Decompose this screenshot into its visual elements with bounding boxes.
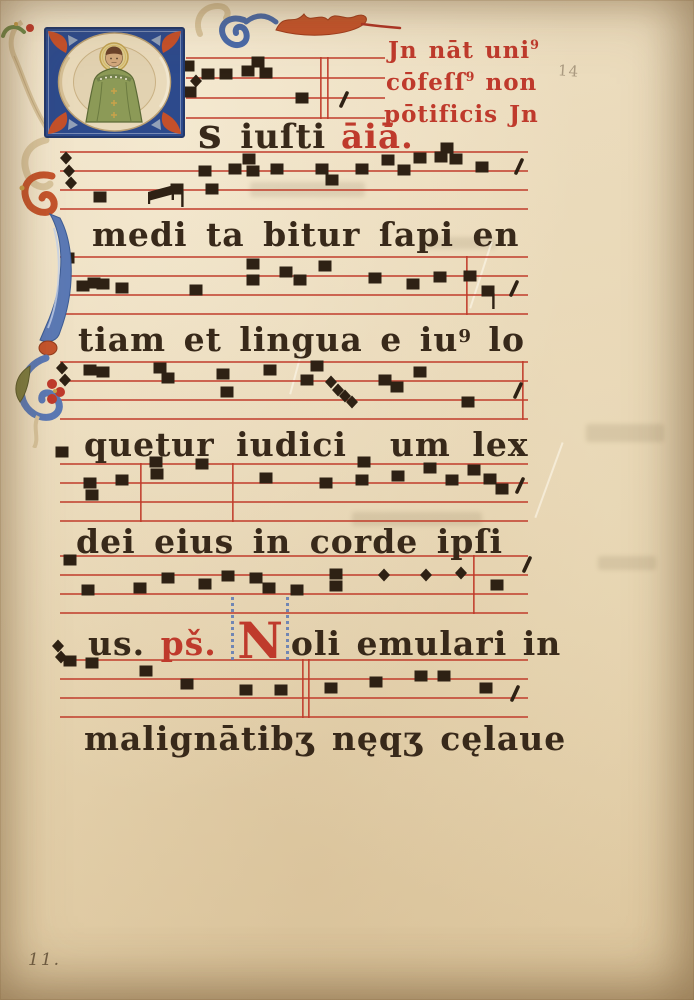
text-segment: Jn nāt uni <box>388 37 530 64</box>
text-segment: 9 <box>458 326 471 347</box>
text-segment: tiam et lingua e iu <box>78 320 458 359</box>
text-segment: malignātibʒ nęqʒ cęlaue <box>84 719 566 758</box>
text-segment: quetur iudici um lex <box>84 425 529 464</box>
text-segment: pš. <box>161 624 233 663</box>
rubric-line: cōfeſſ9 non <box>386 70 537 95</box>
text-segment: dei eius in corde ipſi <box>76 522 503 561</box>
pen-flourished-initial-N: N <box>237 623 284 658</box>
rubric-line: Jn nāt uni9 <box>388 38 539 63</box>
chant-text-line: quetur iudici um lex <box>84 428 529 463</box>
chant-text-line: tiam et lingua e iu9 lo <box>78 323 525 358</box>
text-segment: oli emulari in <box>291 624 561 663</box>
chant-text-line: malignātibʒ nęqʒ cęlaue <box>84 722 566 757</box>
text-segment: us. <box>88 624 161 663</box>
chant-text-line: dei eius in corde ipſi <box>76 525 503 560</box>
chant-text-line: s iuſti āiā. <box>198 112 414 156</box>
chant-text-line: medi ta bitur ſapi en <box>92 218 520 253</box>
text-segment: non <box>474 69 537 96</box>
text-segment: medi ta bitur ſapi en <box>92 215 520 254</box>
text-segment: lo <box>471 320 525 359</box>
manuscript-page: Jn nāt uni9cōfeſſ9 nonpōtificis Jns iuſt… <box>0 0 694 1000</box>
text-segment: iuſti <box>240 117 341 157</box>
text-segment: āiā. <box>341 117 414 157</box>
chant-text-line: us. pš. Noli emulari in <box>88 620 561 662</box>
text-segment: cōfeſſ <box>386 69 466 96</box>
chant-text-lines: Jn nāt uni9cōfeſſ9 nonpōtificis Jns iuſt… <box>0 0 694 1000</box>
folio-number: 14 <box>557 61 579 80</box>
text-segment: s <box>198 109 240 158</box>
inscription-bottom: 11. <box>28 950 61 970</box>
text-segment: 9 <box>530 37 539 52</box>
